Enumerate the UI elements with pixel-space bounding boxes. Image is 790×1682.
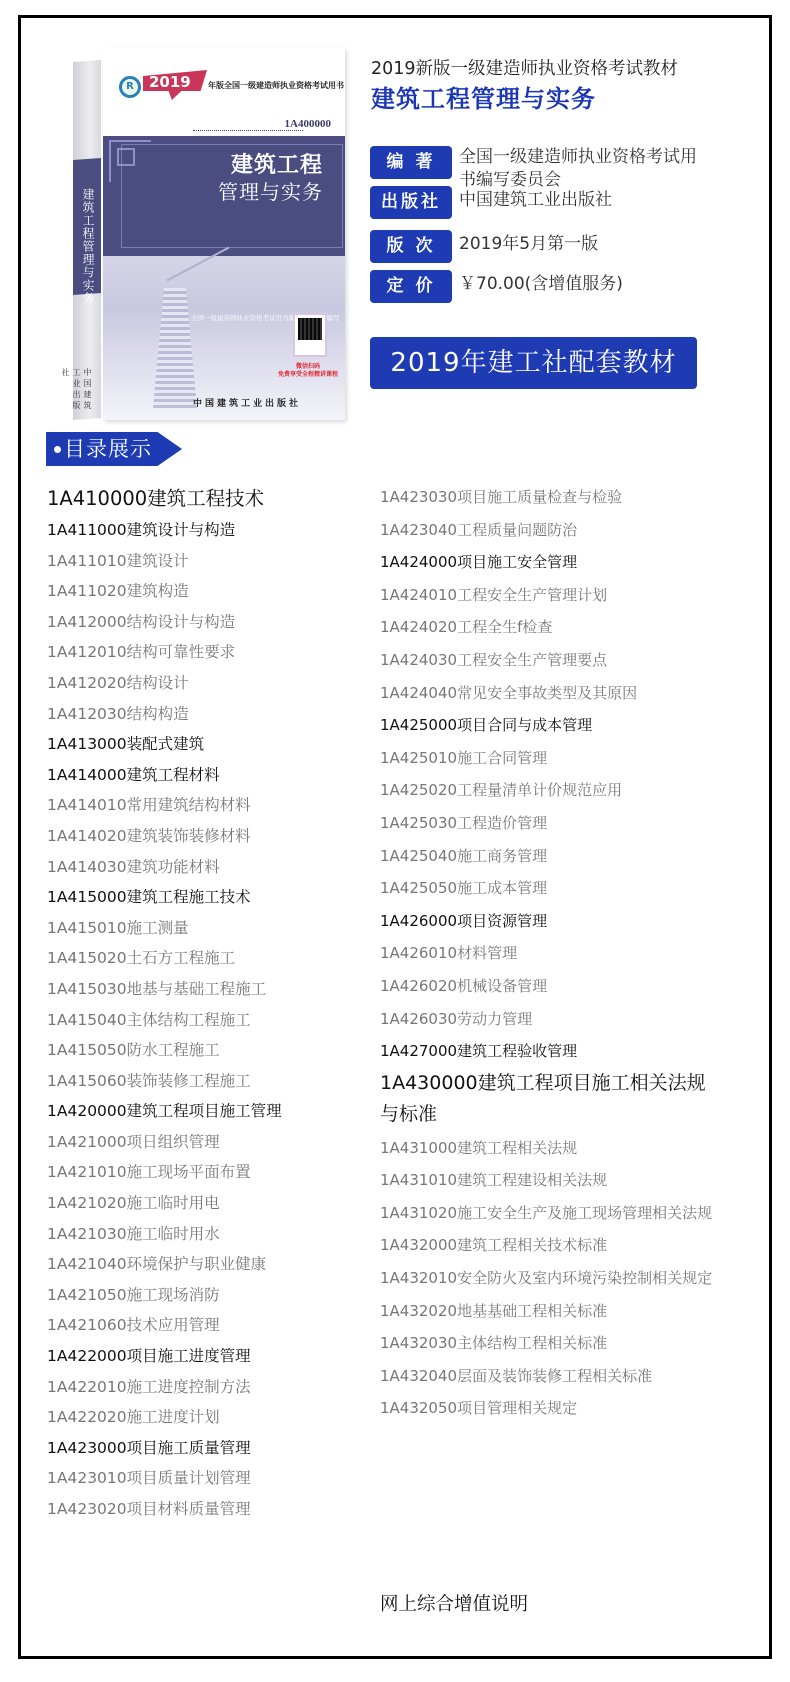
toc-item: 1A415020土石方工程施工 <box>47 943 357 974</box>
fret-ornament-icon <box>109 140 151 182</box>
info-label: 版 次 <box>370 230 452 263</box>
publisher-logo-icon: R <box>119 76 141 98</box>
toc-item: 1A412030结构构造 <box>47 699 357 730</box>
cover-title-line2: 管理与实务 <box>218 176 323 205</box>
spine-publisher: 中国建筑工业出版社 <box>81 368 93 420</box>
toc-item: 1A432010安全防火及室内环境污染控制相关规定 <box>380 1262 720 1295</box>
toc-item: 1A424020工程全生f检查 <box>380 611 720 644</box>
toc-item: 1A412020结构设计 <box>47 668 357 699</box>
toc-item: 1A426010材料管理 <box>380 937 720 970</box>
toc-item: 1A423040工程质量问题防治 <box>380 514 720 547</box>
qr-pattern <box>298 318 322 340</box>
cover-title-line1: 建筑工程 <box>231 148 323 179</box>
toc-item: 1A414000建筑工程材料 <box>47 760 357 791</box>
toc-item: 1A424000项目施工安全管理 <box>380 546 720 579</box>
toc-item: 1A425010施工合同管理 <box>380 742 720 775</box>
toc-item: 1A415010施工测量 <box>47 913 357 944</box>
toc-item: 1A425000项目合同与成本管理 <box>380 709 720 742</box>
toc-item: 1A421010施工现场平面布置 <box>47 1157 357 1188</box>
toc-item: 1A427000建筑工程验收管理 <box>380 1035 720 1068</box>
toc-item: 1A423020项目材料质量管理 <box>47 1494 357 1525</box>
toc-item: 1A426030劳动力管理 <box>380 1003 720 1036</box>
toc-item: 1A421060技术应用管理 <box>47 1310 357 1341</box>
toc-column-right: 1A423030项目施工质量检查与检验1A423040工程质量问题防治1A424… <box>380 481 720 1425</box>
bullet-icon <box>54 446 61 453</box>
toc-item: 1A430000建筑工程项目施工相关法规与标准 <box>380 1068 710 1132</box>
toc-item: 1A422010施工进度控制方法 <box>47 1372 357 1403</box>
book-title: 建筑工程管理与实务 <box>371 79 596 114</box>
toc-heading-tag: 目录展示 <box>46 432 182 466</box>
info-value: 2019年5月第一版 <box>459 233 709 256</box>
toc-item: 1A432040层面及装饰装修工程相关标准 <box>380 1360 720 1393</box>
toc-item: 1A420000建筑工程项目施工管理 <box>47 1096 357 1127</box>
toc-item: 1A425050施工成本管理 <box>380 872 720 905</box>
toc-item: 1A415000建筑工程施工技术 <box>47 882 357 913</box>
toc-item: 1A412000结构设计与构造 <box>47 607 357 638</box>
toc-item: 1A415050防水工程施工 <box>47 1035 357 1066</box>
cover-series: 年版全国一级建造师执业资格考试用书 <box>208 80 344 91</box>
toc-item: 1A426020机械设备管理 <box>380 970 720 1003</box>
toc-item: 1A415060装饰装修工程施工 <box>47 1066 357 1097</box>
toc-item: 1A421020施工临时用电 <box>47 1188 357 1219</box>
toc-item: 1A424040常见安全事故类型及其原因 <box>380 677 720 710</box>
toc-item: 1A432000建筑工程相关技术标准 <box>380 1229 720 1262</box>
toc-item: 1A410000建筑工程技术 <box>47 483 357 515</box>
toc-item: 1A422020施工进度计划 <box>47 1402 357 1433</box>
toc-item: 1A432050项目管理相关规定 <box>380 1392 720 1425</box>
toc-item: 1A431020施工安全生产及施工现场管理相关法规 <box>380 1197 720 1230</box>
toc-column-left: 1A410000建筑工程技术1A411000建筑设计与构造1A411010建筑设… <box>47 483 357 1525</box>
toc-item: 1A413000装配式建筑 <box>47 729 357 760</box>
toc-item: 1A415040主体结构工程施工 <box>47 1005 357 1036</box>
toc-item: 1A425040施工商务管理 <box>380 840 720 873</box>
spine-title: 建筑工程管理与实务 <box>79 188 95 305</box>
toc-item: 1A432020地基基础工程相关标准 <box>380 1295 720 1328</box>
info-label: 编 著 <box>370 146 452 179</box>
toc-item: 1A411000建筑设计与构造 <box>47 515 357 546</box>
toc-item: 1A431000建筑工程相关法规 <box>380 1132 720 1165</box>
info-value: 全国一级建造师执业资格考试用书编写委员会 <box>459 146 709 192</box>
toc-item: 1A414020建筑装饰装修材料 <box>47 821 357 852</box>
toc-item: 1A415030地基与基础工程施工 <box>47 974 357 1005</box>
book-cover-image: 建筑工程管理与实务 中国建筑工业出版社 R 2019 年版全国一级建造师执业资格… <box>73 48 345 420</box>
info-label: 出版社 <box>370 186 452 219</box>
toc-item: 1A423000项目施工质量管理 <box>47 1433 357 1464</box>
toc-item: 1A421030施工临时用水 <box>47 1219 357 1250</box>
toc-item: 1A425020工程量清单计价规范应用 <box>380 774 720 807</box>
toc-item: 1A423030项目施工质量检查与检验 <box>380 481 720 514</box>
toc-heading: 目录展示 <box>64 435 152 463</box>
toc-item: 1A414030建筑功能材料 <box>47 852 357 883</box>
toc-item: 1A425030工程造价管理 <box>380 807 720 840</box>
toc-item: 1A421040环境保护与职业健康 <box>47 1249 357 1280</box>
footer-note: 网上综合增值说明 <box>380 1590 528 1616</box>
qr-caption-line1: 微信扫码 <box>271 363 345 371</box>
promo-banner: 2019年建工社配套教材 <box>370 337 697 389</box>
info-value: 中国建筑工业出版社 <box>459 189 709 212</box>
info-label: 定 价 <box>370 270 452 303</box>
toc-item: 1A421050施工现场消防 <box>47 1280 357 1311</box>
toc-item: 1A426000项目资源管理 <box>380 905 720 938</box>
headline: 2019新版一级建造师执业资格考试教材 <box>371 55 678 80</box>
tower-illustration <box>153 288 197 408</box>
cover-code: 1A400000 <box>285 118 331 130</box>
qr-caption-line2: 免费享受全程精讲课程 <box>271 371 345 379</box>
cover-year: 2019 <box>149 73 191 91</box>
toc-item: 1A431010建筑工程建设相关法规 <box>380 1164 720 1197</box>
toc-item: 1A424010工程安全生产管理计划 <box>380 579 720 612</box>
toc-item: 1A421000项日组织管理 <box>47 1127 357 1158</box>
toc-item: 1A414010常用建筑结构材料 <box>47 790 357 821</box>
qr-code-icon <box>293 313 327 357</box>
toc-item: 1A422000项目施工进度管理 <box>47 1341 357 1372</box>
toc-item: 1A423010项目质量计划管理 <box>47 1463 357 1494</box>
info-value: ￥70.00(含增值服务) <box>459 273 709 296</box>
book-front: R 2019 年版全国一级建造师执业资格考试用书 1A400000 全国一级建造… <box>103 48 345 420</box>
qr-caption: 微信扫码 免费享受全程精讲课程 <box>271 363 345 379</box>
toc-item: 1A432030主体结构工程相关标准 <box>380 1327 720 1360</box>
toc-item: 1A411020建筑构造 <box>47 576 357 607</box>
toc-item: 1A424030工程安全生产管理要点 <box>380 644 720 677</box>
toc-item: 1A411010建筑设计 <box>47 546 357 577</box>
dotted-divider <box>193 130 303 131</box>
cover-publisher: 中国建筑工业出版社 <box>193 396 301 409</box>
toc-item: 1A412010结构可靠性要求 <box>47 637 357 668</box>
